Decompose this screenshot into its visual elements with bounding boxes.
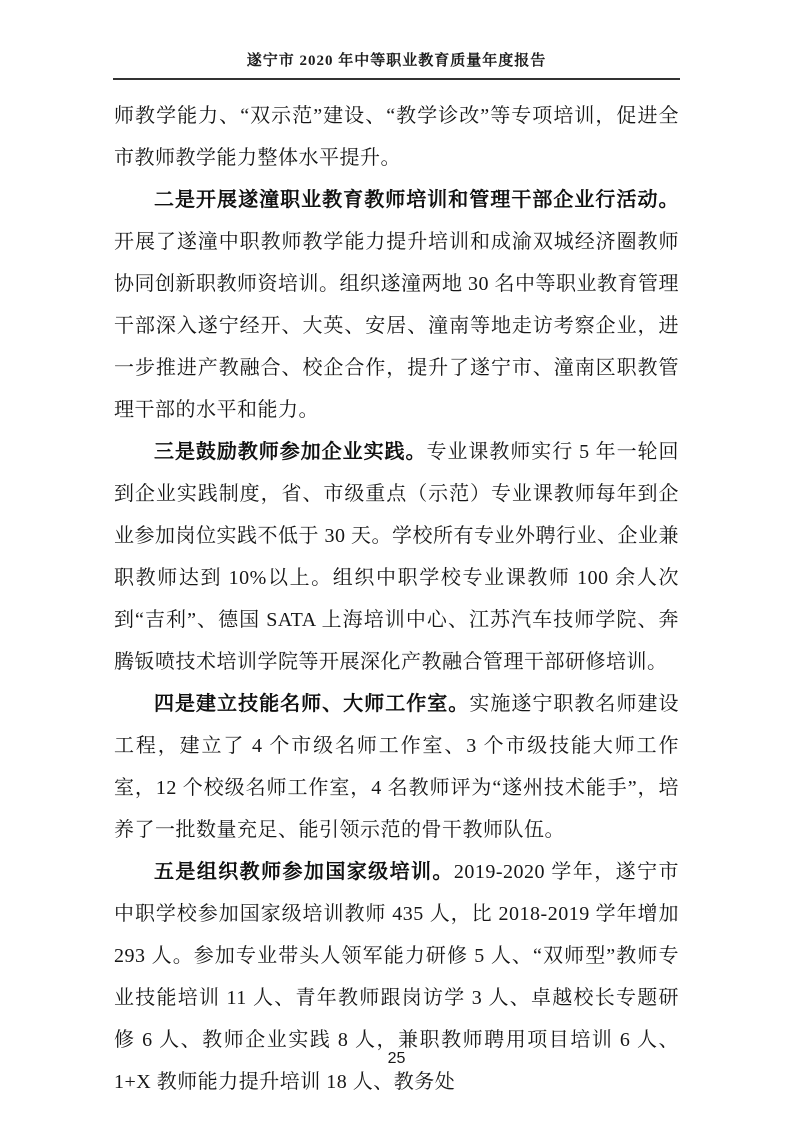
document-body: 师教学能力、“双示范”建设、“教学诊改”等专项培训，促进全市教师教学能力整体水平… — [114, 95, 679, 1103]
paragraph-lead: 三是鼓励教师参加企业实践。 — [154, 441, 426, 463]
paragraph-text: 实施遂宁职教名师建设工程，建立了 4 个市级名师工作室、3 个市级技能大师工作室… — [114, 693, 679, 841]
paragraph-lead: 四是建立技能名师、大师工作室。 — [154, 693, 469, 715]
paragraph-text: 开展了遂潼中职教师教学能力提升培训和成渝双城经济圈教师协同创新职教师资培训。组织… — [114, 231, 679, 421]
paragraph-text: 专业课教师实行 5 年一轮回到企业实践制度，省、市级重点（示范）专业课教师每年到… — [114, 441, 679, 673]
page-header: 遂宁市 2020 年中等职业教育质量年度报告 — [113, 49, 680, 80]
body-paragraph: 师教学能力、“双示范”建设、“教学诊改”等专项培训，促进全市教师教学能力整体水平… — [114, 95, 679, 179]
body-paragraph: 三是鼓励教师参加企业实践。专业课教师实行 5 年一轮回到企业实践制度，省、市级重… — [114, 431, 679, 683]
paragraph-lead: 二是开展遂潼职业教育教师培训和管理干部企业行活动。 — [154, 189, 679, 211]
body-paragraph: 二是开展遂潼职业教育教师培训和管理干部企业行活动。开展了遂潼中职教师教学能力提升… — [114, 179, 679, 431]
page-number: 25 — [388, 1050, 406, 1067]
header-divider — [113, 78, 680, 80]
paragraph-text: 师教学能力、“双示范”建设、“教学诊改”等专项培训，促进全市教师教学能力整体水平… — [114, 105, 679, 169]
header-title: 遂宁市 2020 年中等职业教育质量年度报告 — [113, 49, 680, 78]
paragraph-lead: 五是组织教师参加国家级培训。 — [154, 861, 454, 883]
document-page: 遂宁市 2020 年中等职业教育质量年度报告 师教学能力、“双示范”建设、“教学… — [0, 0, 793, 1122]
page-footer: 25 — [0, 1050, 793, 1068]
body-paragraph: 四是建立技能名师、大师工作室。实施遂宁职教名师建设工程，建立了 4 个市级名师工… — [114, 683, 679, 851]
